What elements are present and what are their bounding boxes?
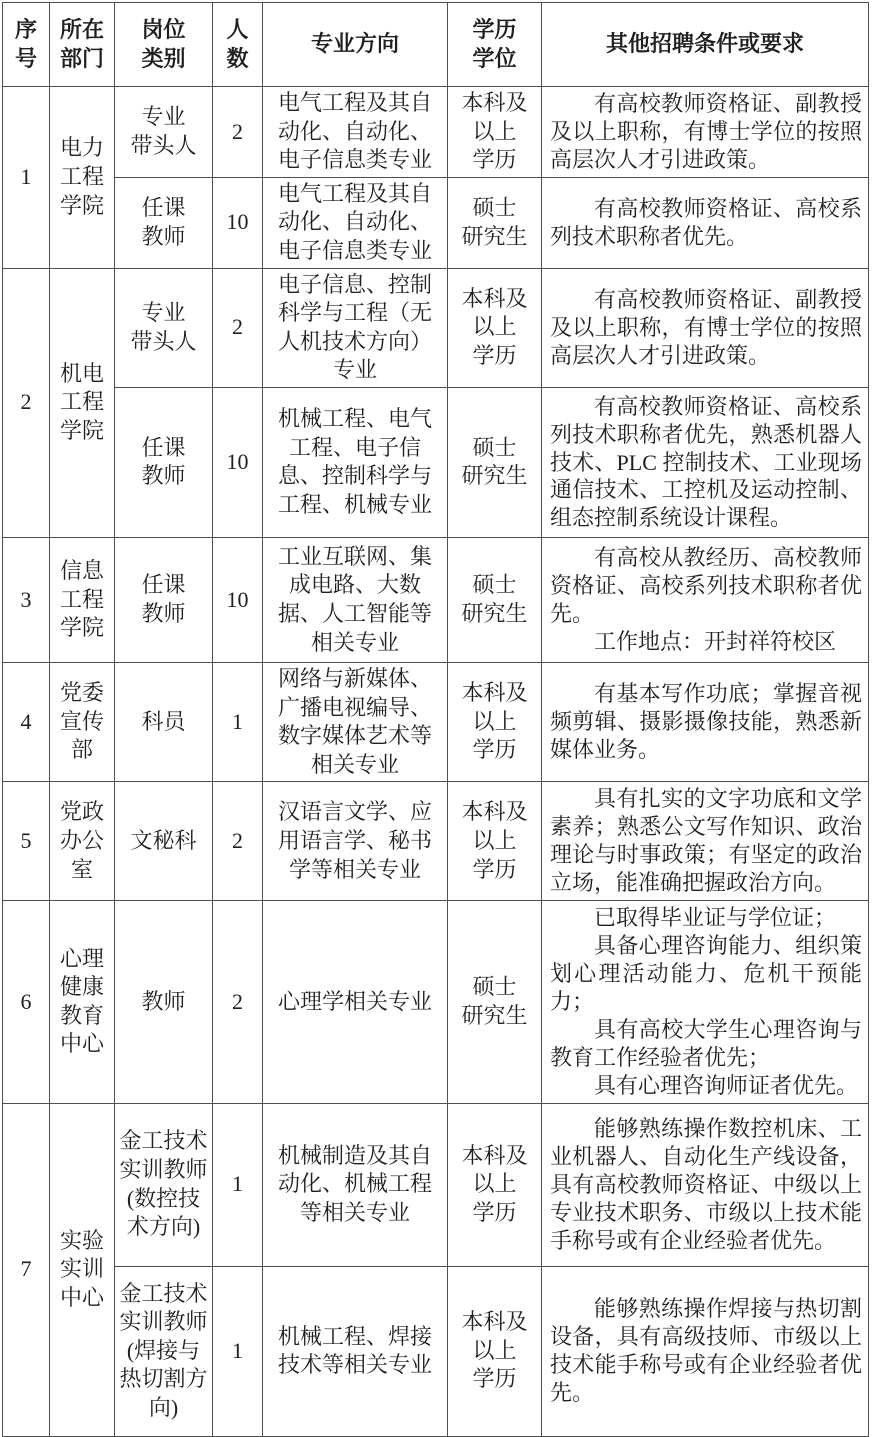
requirement-paragraph: 有高校教师资格证、高校系列技术职称者优先，熟悉机器人技术、PLC 控制技术、工业… (550, 393, 862, 533)
major-cell: 心理学相关专业 (263, 901, 448, 1104)
count-cell: 2 (213, 901, 263, 1104)
requirements-cell: 有基本写作功底；掌握音视频剪辑、摄影摄像技能，熟悉新媒体业务。 (542, 662, 869, 781)
header-col-requirements: 其他招聘条件或要求 (542, 3, 869, 87)
degree-cell: 硕士 研究生 (448, 537, 542, 662)
major-cell: 电气工程及其自动化、自动化、电子信息类专业 (263, 87, 448, 178)
major-cell: 网络与新媒体、广播电视编导、数字媒体艺术等相关专业 (263, 662, 448, 781)
header-col-major: 专业方向 (263, 3, 448, 87)
major-cell: 工业互联网、集成电路、大数据、人工智能等相关专业 (263, 537, 448, 662)
position-type-cell: 任课 教师 (115, 177, 213, 268)
dept-cell: 党委宣传部 (50, 662, 115, 781)
table-row: 金工技术实训教师(焊接与热切割方向) 1 机械工程、焊接技术等相关专业 本科及 … (3, 1266, 869, 1436)
count-cell: 2 (213, 782, 263, 901)
requirement-paragraph: 有高校教师资格证、副教授及以上职称，有博士学位的按照高层次人才引进政策。 (550, 90, 862, 174)
position-type-cell: 科员 (115, 662, 213, 781)
requirement-paragraph: 有高校从教经历、高校教师资格证、高校系列技术职称者优先。 (550, 544, 862, 628)
requirements-cell: 有高校教师资格证、高校系列技术职称者优先，熟悉机器人技术、PLC 控制技术、工业… (542, 387, 869, 537)
seq-cell: 3 (3, 537, 50, 662)
requirements-cell: 有高校教师资格证、高校系列技术职称者优先。 (542, 177, 869, 268)
position-type-cell: 金工技术实训教师(焊接与热切割方向) (115, 1266, 213, 1436)
dept-cell: 党政办公室 (50, 782, 115, 901)
major-cell: 机械工程、电气工程、电子信息、控制科学与工程、机械专业 (263, 387, 448, 537)
count-cell: 1 (213, 662, 263, 781)
table-row: 6 心理健康教育中心 教师 2 心理学相关专业 硕士 研究生 已取得毕业证与学位… (3, 901, 869, 1104)
requirement-paragraph: 具备心理咨询能力、组织策划心理活动能力、危机干预能力； (550, 932, 862, 1016)
seq-cell: 4 (3, 662, 50, 781)
header-col-degree: 学历 学位 (448, 3, 542, 87)
requirement-paragraph: 具有扎实的文字功底和文学素养；熟悉公文写作知识、政治理论与时事政策；有坚定的政治… (550, 785, 862, 897)
header-row: 序 号 所在 部门 岗位 类别 人 数 专业方向 学历 学位 其他招聘条件或要求 (3, 3, 869, 87)
requirement-paragraph: 具有心理咨询师证者优先。 (550, 1072, 862, 1100)
count-cell: 10 (213, 387, 263, 537)
table-row: 2 机电工程学院 专业 带头人 2 电子信息、控制科学与工程（无人机技术方向）专… (3, 268, 869, 387)
degree-cell: 硕士 研究生 (448, 387, 542, 537)
position-type-cell: 任课 教师 (115, 387, 213, 537)
requirement-paragraph: 有基本写作功底；掌握音视频剪辑、摄影摄像技能，熟悉新媒体业务。 (550, 680, 862, 764)
requirements-cell: 具有扎实的文字功底和文学素养；熟悉公文写作知识、政治理论与时事政策；有坚定的政治… (542, 782, 869, 901)
count-cell: 10 (213, 537, 263, 662)
table-row: 7 实验实训中心 金工技术实训教师(数控技术方向) 1 机械制造及其自动化、机械… (3, 1103, 869, 1266)
requirement-paragraph: 有高校教师资格证、高校系列技术职称者优先。 (550, 195, 862, 251)
requirements-cell: 有高校从教经历、高校教师资格证、高校系列技术职称者优先。 工作地点：开封祥符校区 (542, 537, 869, 662)
seq-cell: 2 (3, 268, 50, 537)
position-type-cell: 教师 (115, 901, 213, 1104)
requirement-paragraph: 具有高校大学生心理咨询与教育工作经验者优先； (550, 1016, 862, 1072)
count-cell: 2 (213, 87, 263, 178)
header-col-seq: 序 号 (3, 3, 50, 87)
header-col-dept: 所在 部门 (50, 3, 115, 87)
requirements-cell: 能够熟练操作数控机床、工业机器人、自动化生产线设备，具有高校教师资格证、中级以上… (542, 1103, 869, 1266)
requirements-cell: 能够熟练操作焊接与热切割设备，具有高级技师、市级以上技术能手称号或有企业经验者优… (542, 1266, 869, 1436)
table-row: 4 党委宣传部 科员 1 网络与新媒体、广播电视编导、数字媒体艺术等相关专业 本… (3, 662, 869, 781)
degree-cell: 硕士 研究生 (448, 901, 542, 1104)
header-col-count: 人 数 (213, 3, 263, 87)
table-row: 3 信息工程学院 任课 教师 10 工业互联网、集成电路、大数据、人工智能等相关… (3, 537, 869, 662)
requirement-paragraph: 工作地点：开封祥符校区 (550, 628, 862, 656)
table-row: 1 电力工程学院 专业 带头人 2 电气工程及其自动化、自动化、电子信息类专业 … (3, 87, 869, 178)
count-cell: 1 (213, 1266, 263, 1436)
recruitment-table: 序 号 所在 部门 岗位 类别 人 数 专业方向 学历 学位 其他招聘条件或要求… (2, 2, 869, 1437)
position-type-cell: 专业 带头人 (115, 87, 213, 178)
count-cell: 2 (213, 268, 263, 387)
dept-cell: 实验实训中心 (50, 1103, 115, 1436)
degree-cell: 硕士 研究生 (448, 177, 542, 268)
header-col-position-type: 岗位 类别 (115, 3, 213, 87)
requirements-cell: 有高校教师资格证、副教授及以上职称，有博士学位的按照高层次人才引进政策。 (542, 268, 869, 387)
count-cell: 10 (213, 177, 263, 268)
requirement-paragraph: 有高校教师资格证、副教授及以上职称，有博士学位的按照高层次人才引进政策。 (550, 286, 862, 370)
table-row: 任课 教师 10 机械工程、电气工程、电子信息、控制科学与工程、机械专业 硕士 … (3, 387, 869, 537)
major-cell: 汉语言文学、应用语言学、秘书学等相关专业 (263, 782, 448, 901)
major-cell: 机械工程、焊接技术等相关专业 (263, 1266, 448, 1436)
degree-cell: 本科及 以上 学历 (448, 662, 542, 781)
degree-cell: 本科及 以上 学历 (448, 1103, 542, 1266)
position-type-cell: 金工技术实训教师(数控技术方向) (115, 1103, 213, 1266)
degree-cell: 本科及 以上 学历 (448, 782, 542, 901)
position-type-cell: 文秘科 (115, 782, 213, 901)
requirements-cell: 已取得毕业证与学位证； 具备心理咨询能力、组织策划心理活动能力、危机干预能力； … (542, 901, 869, 1104)
major-cell: 电子信息、控制科学与工程（无人机技术方向）专业 (263, 268, 448, 387)
dept-cell: 心理健康教育中心 (50, 901, 115, 1104)
major-cell: 机械制造及其自动化、机械工程等相关专业 (263, 1103, 448, 1266)
dept-cell: 信息工程学院 (50, 537, 115, 662)
count-cell: 1 (213, 1103, 263, 1266)
requirement-paragraph: 能够熟练操作焊接与热切割设备，具有高级技师、市级以上技术能手称号或有企业经验者优… (550, 1295, 862, 1407)
table-row: 5 党政办公室 文秘科 2 汉语言文学、应用语言学、秘书学等相关专业 本科及 以… (3, 782, 869, 901)
position-type-cell: 专业 带头人 (115, 268, 213, 387)
table-row: 任课 教师 10 电气工程及其自动化、自动化、电子信息类专业 硕士 研究生 有高… (3, 177, 869, 268)
requirement-paragraph: 已取得毕业证与学位证； (550, 904, 862, 932)
dept-cell: 机电工程学院 (50, 268, 115, 537)
requirements-cell: 有高校教师资格证、副教授及以上职称，有博士学位的按照高层次人才引进政策。 (542, 87, 869, 178)
major-cell: 电气工程及其自动化、自动化、电子信息类专业 (263, 177, 448, 268)
seq-cell: 1 (3, 87, 50, 269)
degree-cell: 本科及 以上 学历 (448, 87, 542, 178)
dept-cell: 电力工程学院 (50, 87, 115, 269)
seq-cell: 5 (3, 782, 50, 901)
degree-cell: 本科及 以上 学历 (448, 268, 542, 387)
requirement-paragraph: 能够熟练操作数控机床、工业机器人、自动化生产线设备，具有高校教师资格证、中级以上… (550, 1115, 862, 1255)
seq-cell: 6 (3, 901, 50, 1104)
position-type-cell: 任课 教师 (115, 537, 213, 662)
degree-cell: 本科及 以上 学历 (448, 1266, 542, 1436)
seq-cell: 7 (3, 1103, 50, 1436)
